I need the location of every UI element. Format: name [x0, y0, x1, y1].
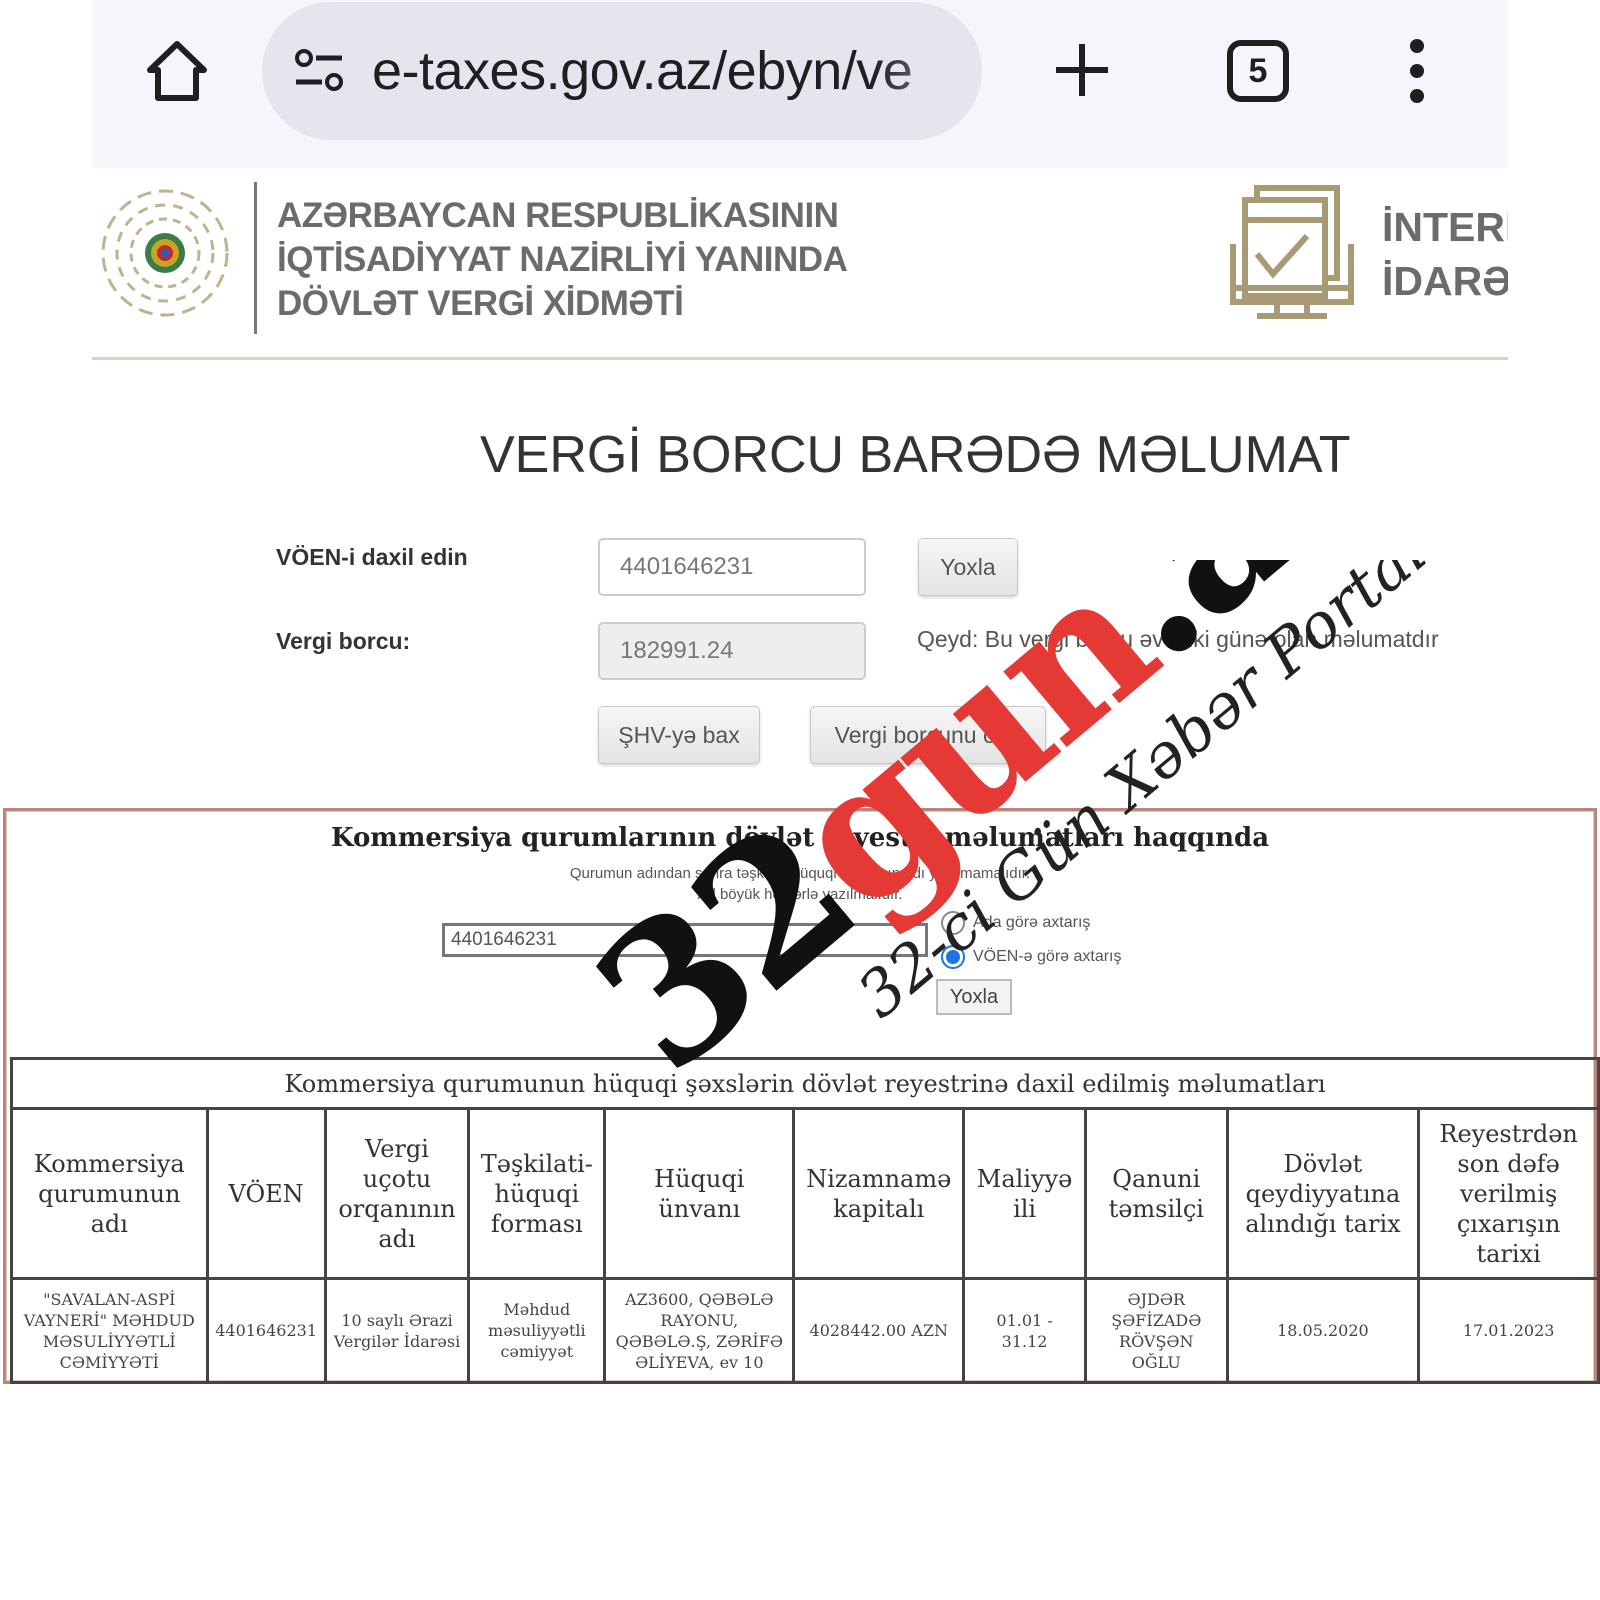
cell-legal-address: AZ3600, QƏBƏLƏ RAYONU, QƏBƏLƏ.Ş, ZƏRİFƏ …: [605, 1279, 794, 1383]
radio-button-checked[interactable]: [941, 945, 965, 969]
radio-search-by-name[interactable]: Ada görə axtarış: [941, 911, 1090, 935]
cell-fiscal-year: 01.01 - 31.12: [964, 1279, 1086, 1383]
cell-company-name: "SAVALAN-ASPİ VAYNERİ" MƏHDUD MƏSULİYYƏT…: [12, 1279, 208, 1383]
registry-panel: Kommersiya qurumlarının dövlət reyestri …: [3, 808, 1597, 1384]
header-divider: [254, 182, 257, 334]
registry-check-button[interactable]: Yoxla: [936, 979, 1012, 1015]
cell-legal-form: Məhdud məsuliyyətli cəmiyyət: [469, 1279, 605, 1383]
home-icon[interactable]: [142, 36, 212, 106]
table-caption: Kommersiya qurumunun hüquqi şəxslərin dö…: [12, 1059, 1599, 1109]
col-last-extract-date: Reyestrdən son dəfə verilmiş çıxarışın t…: [1419, 1109, 1599, 1279]
url-text[interactable]: e-taxes.gov.az/ebyn/ve: [372, 40, 962, 102]
organization-name[interactable]: AZƏRBAYCAN RESPUBLİKASININ İQTİSADİYYAT …: [277, 194, 847, 326]
cell-tax-authority: 10 saylı Ərazi Vergilər İdarəsi: [325, 1279, 469, 1383]
cell-voen: 4401646231: [207, 1279, 325, 1383]
registry-hint: Qurumun adından sonra təşkilati-hüquqi f…: [6, 865, 1594, 882]
registry-search-input[interactable]: 4401646231: [442, 923, 928, 957]
registry-title: Kommersiya qurumlarının dövlət reyestri …: [6, 823, 1594, 853]
debt-note: Qeyd: Bu vergi borcu əvvəlki günə olan m…: [917, 626, 1439, 653]
page-title: VERGİ BORCU BARƏDƏ MƏLUMAT: [480, 425, 1320, 485]
voen-input[interactable]: 4401646231: [598, 538, 866, 596]
col-legal-form: Təşkilati-hüquqi forması: [469, 1109, 605, 1279]
debt-amount-field: 182991.24: [598, 622, 866, 680]
pay-debt-button[interactable]: Vergi borcunu ödə: [810, 706, 1046, 764]
site-settings-icon[interactable]: [292, 48, 348, 94]
new-tab-plus-icon[interactable]: [1052, 40, 1112, 100]
cell-charter-capital: 4028442.00 AZN: [794, 1279, 964, 1383]
col-legal-representative: Qanuni təmsilçi: [1085, 1109, 1227, 1279]
portal-name: İNTERN İDARƏ: [1382, 200, 1508, 308]
computer-check-icon: [1227, 184, 1357, 324]
address-bar[interactable]: e-taxes.gov.az/ebyn/ve: [262, 2, 982, 140]
col-charter-capital: Nizamnamə kapitalı: [794, 1109, 964, 1279]
view-shv-button[interactable]: ŞHV-yə bax: [598, 706, 760, 764]
tab-switcher-icon[interactable]: 5: [1227, 40, 1289, 102]
col-tax-authority: Vergi uçotu orqanının adı: [325, 1109, 469, 1279]
cell-legal-representative: ƏJDƏR ŞƏFİZADƏ RÖVŞƏN OĞLU: [1085, 1279, 1227, 1383]
col-registration-date: Dövlət qeydiyyatına alındığı tarix: [1227, 1109, 1419, 1279]
state-tax-service-emblem-icon[interactable]: [94, 182, 236, 324]
radio-search-by-voen[interactable]: VÖEN-ə görə axtarış: [941, 945, 1122, 969]
table-row: "SAVALAN-ASPİ VAYNERİ" MƏHDUD MƏSULİYYƏT…: [12, 1279, 1599, 1383]
cell-registration-date: 18.05.2020: [1227, 1279, 1419, 1383]
radio-button[interactable]: [941, 911, 965, 935]
debt-label: Vergi borcu:: [276, 628, 410, 655]
col-fiscal-year: Maliyyə ili: [964, 1109, 1086, 1279]
check-button[interactable]: Yoxla: [918, 538, 1018, 596]
registry-hint-uppercase: Ad böyük hərflərlə yazılmalıdır.: [6, 886, 1594, 903]
cell-last-extract-date: 17.01.2023: [1419, 1279, 1599, 1383]
site-header: AZƏRBAYCAN RESPUBLİKASININ İQTİSADİYYAT …: [92, 168, 1508, 360]
col-company-name: Kommersiya qurumunun adı: [12, 1109, 208, 1279]
voen-label: VÖEN-i daxil edin: [276, 544, 468, 571]
col-voen: VÖEN: [207, 1109, 325, 1279]
browser-toolbar: e-taxes.gov.az/ebyn/ve 5: [92, 0, 1508, 168]
col-legal-address: Hüquqi ünvanı: [605, 1109, 794, 1279]
more-menu-icon[interactable]: [1402, 38, 1432, 104]
table-header-row: Kommersiya qurumunun adı VÖEN Vergi uçot…: [12, 1109, 1599, 1279]
registry-table: Kommersiya qurumunun hüquqi şəxslərin dö…: [10, 1057, 1600, 1384]
